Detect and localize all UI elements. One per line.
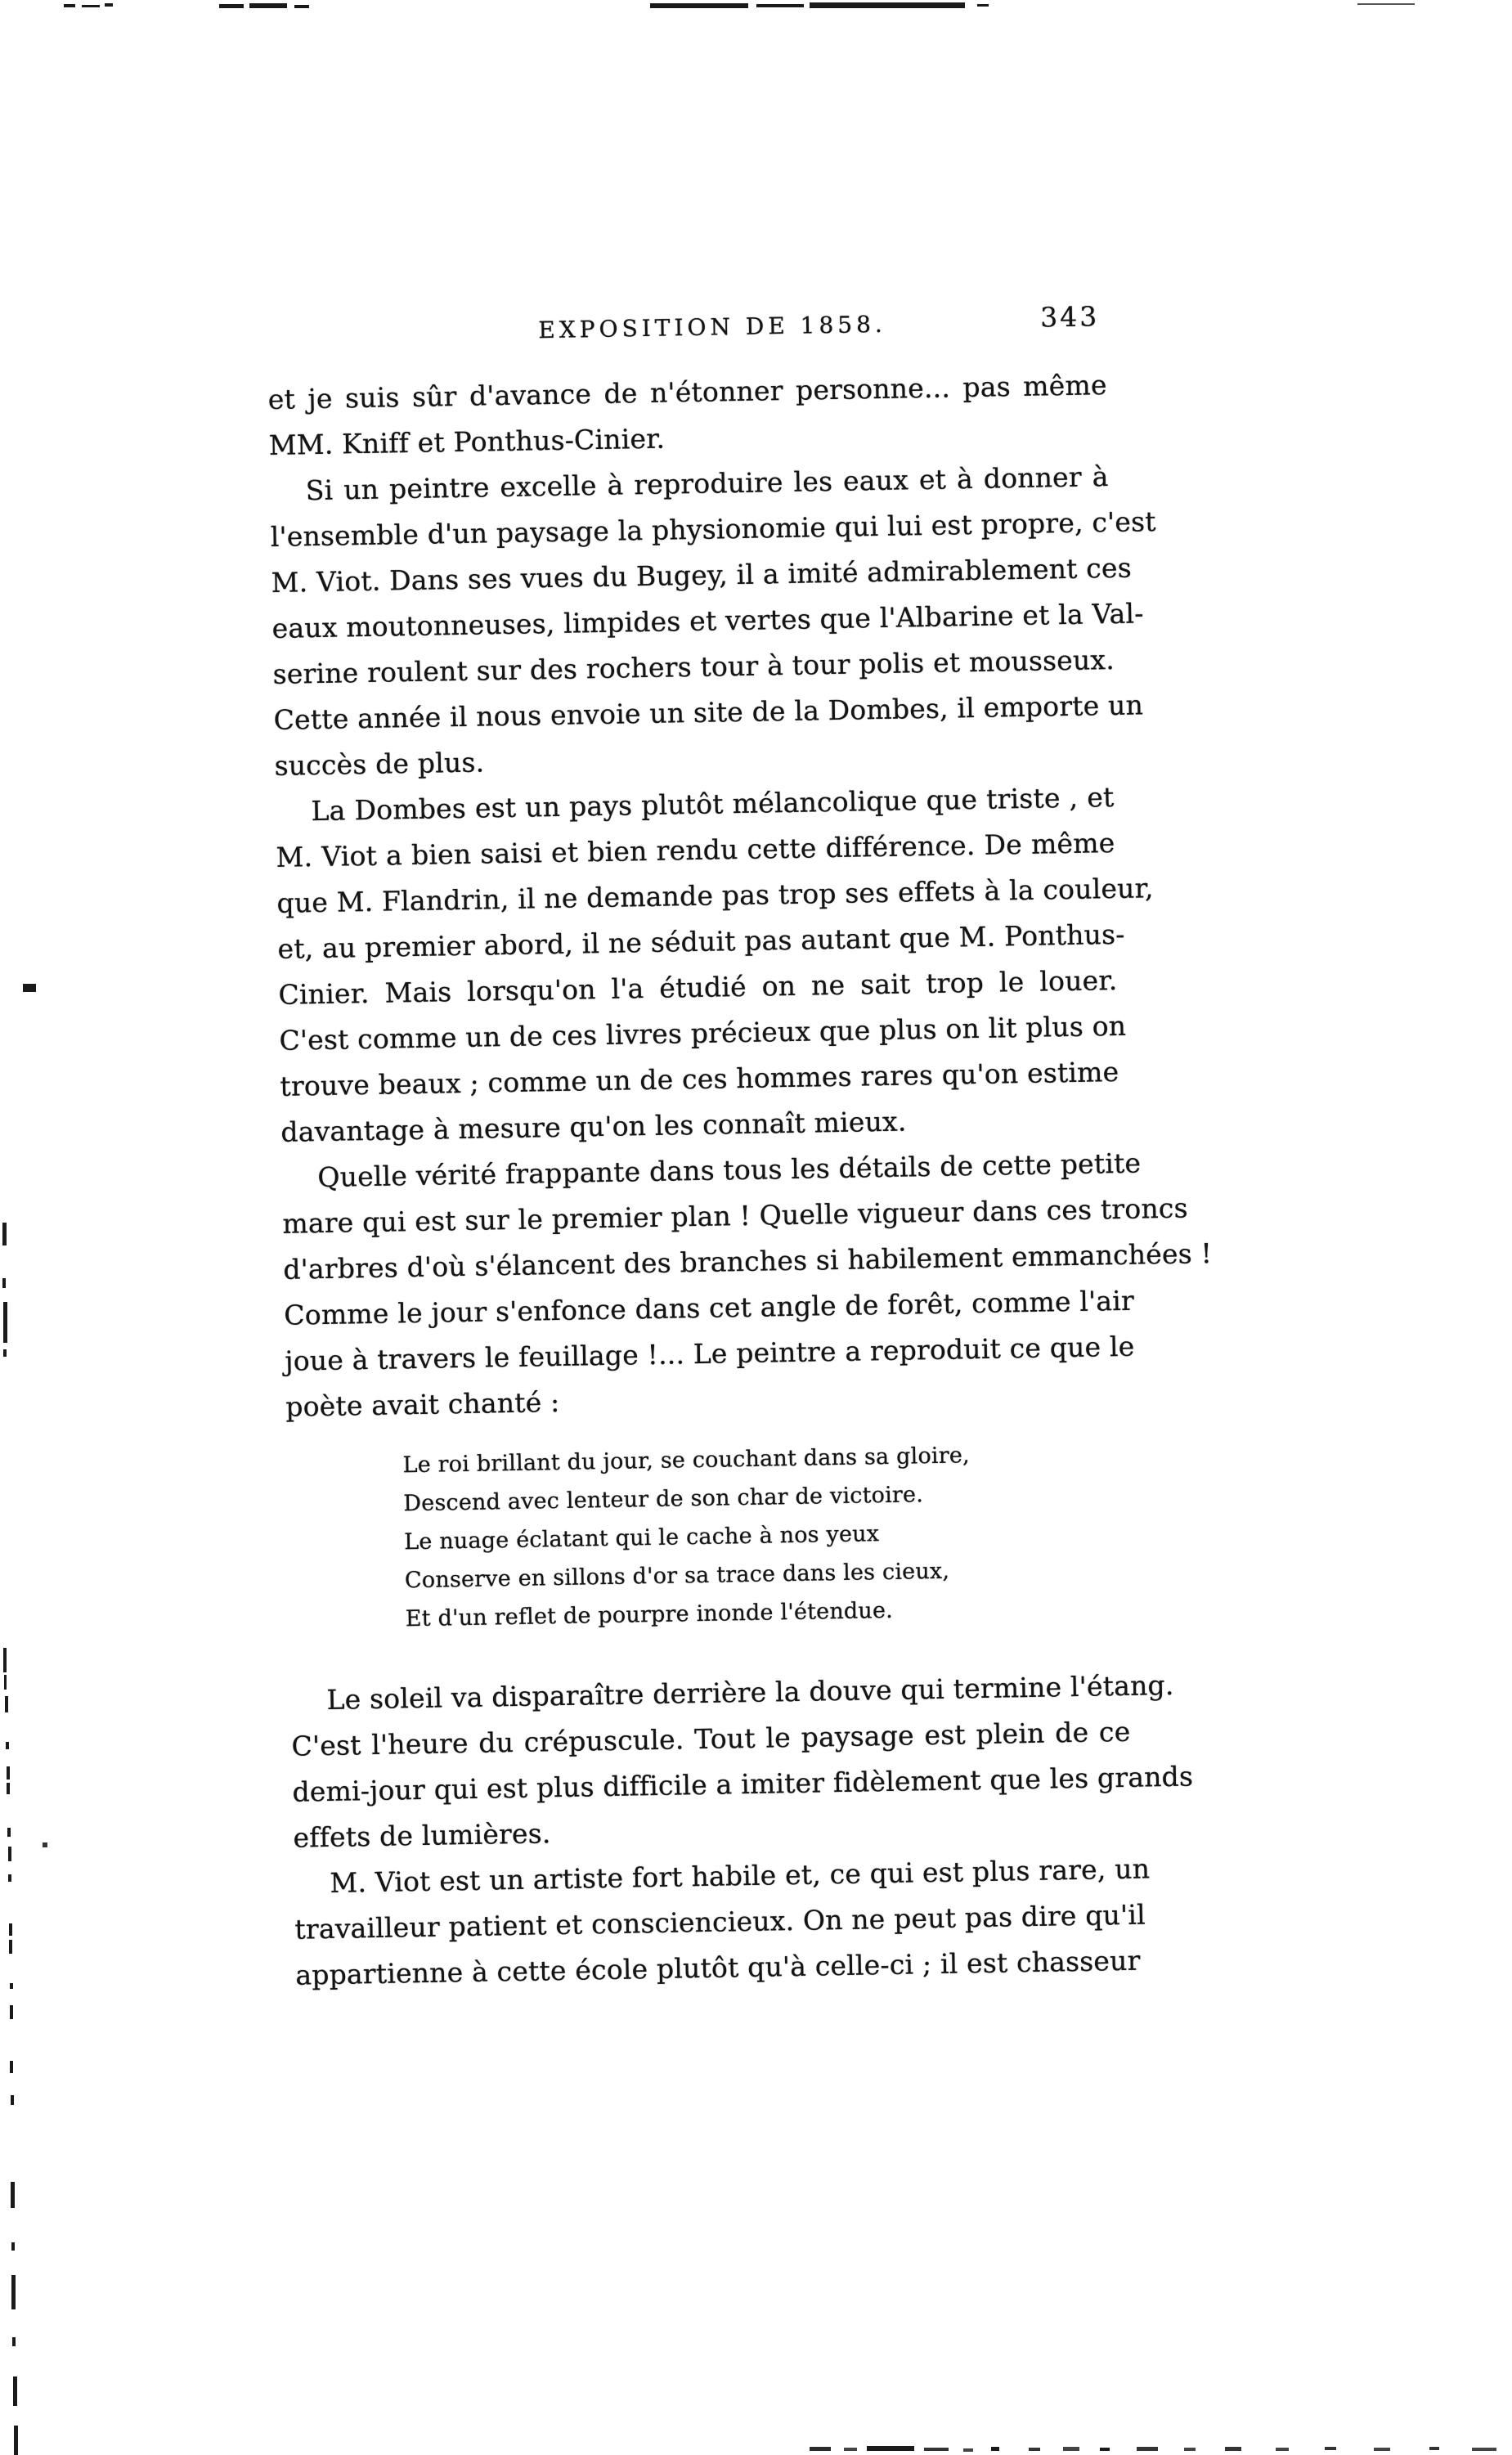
scan-artifact-mark: [11, 2275, 16, 2309]
scan-artifact-mark: [1276, 2448, 1289, 2451]
scan-artifact-mark: [1100, 2448, 1110, 2451]
paragraph: La Dombes est un pays plutôt mélancoliqu…: [275, 774, 1120, 1156]
scan-artifact-mark: [10, 1983, 13, 1989]
scan-artifact-mark: [844, 2448, 857, 2451]
running-title: EXPOSITION DE 1858.: [538, 311, 886, 343]
scan-artifact-mark: [1357, 3, 1415, 5]
book-page-scan: EXPOSITION DE 1858. 343 et je suis sûr d…: [0, 0, 1512, 2455]
scan-artifact-mark: [1063, 2447, 1079, 2451]
paragraph: Le soleil va disparaître derrière la dou…: [290, 1663, 1133, 1861]
scan-artifact-mark: [23, 984, 36, 992]
scan-artifact-mark: [3, 1648, 7, 1672]
scan-artifact-mark: [64, 4, 75, 7]
scan-artifact-mark: [9, 1923, 12, 1936]
scan-artifact-mark: [2, 1278, 6, 1288]
page-number: 343: [1040, 300, 1100, 333]
paragraph: Quelle vérité frappante dans tous les dé…: [281, 1141, 1125, 1430]
scan-artifact-mark: [1429, 2447, 1439, 2450]
scan-artifact-mark: [1472, 2448, 1496, 2451]
scan-artifact-mark: [10, 2005, 13, 2019]
scan-artifact-mark: [810, 2, 965, 8]
scan-artifact-mark: [1374, 2448, 1390, 2451]
paragraph: M. Viot est un artiste fort habile et, c…: [294, 1847, 1135, 1999]
scan-artifact-mark: [7, 1828, 11, 1837]
scan-artifact-mark: [4, 1675, 7, 1690]
scan-artifact-mark: [14, 2426, 18, 2455]
scan-artifact-mark: [650, 3, 748, 8]
scan-artifact-mark: [1137, 2447, 1158, 2451]
scan-artifact-mark: [249, 3, 287, 8]
page-header: EXPOSITION DE 1858. 343: [267, 300, 1106, 349]
scan-artifact-mark: [2, 1223, 7, 1245]
scan-artifact-mark: [294, 5, 309, 8]
scan-artifact-mark: [219, 4, 244, 8]
scan-artifact-mark: [7, 1766, 10, 1780]
scan-artifact-mark: [963, 2448, 973, 2452]
scan-artifact-mark: [1325, 2447, 1336, 2450]
scan-artifact-mark: [756, 4, 804, 7]
scan-artifact-mark: [10, 2061, 13, 2073]
scan-artifact-mark: [1184, 2448, 1196, 2451]
scan-artifact-mark: [867, 2446, 914, 2451]
scan-artifact-mark: [977, 4, 989, 7]
scan-artifact-mark: [82, 5, 100, 7]
scan-artifact-mark: [6, 1742, 9, 1749]
scan-artifact-mark: [3, 1302, 7, 1343]
scan-artifact-mark: [810, 2447, 831, 2451]
scan-artifact-mark: [8, 1847, 11, 1861]
scan-artifact-mark: [1225, 2447, 1241, 2451]
scan-artifact-mark: [9, 1940, 12, 1954]
scan-artifact-mark: [991, 2447, 999, 2451]
scan-artifact-mark: [12, 2337, 16, 2346]
paragraph: et je suis sûr d'avance de n'étonner per…: [267, 362, 1108, 469]
text-column: EXPOSITION DE 1858. 343 et je suis sûr d…: [267, 300, 1135, 1999]
scan-artifact-mark: [7, 1783, 10, 1794]
verse-paragraph: Le roi brillant du jour, se couchant dan…: [402, 1434, 1128, 1638]
scan-artifact-mark: [43, 1842, 47, 1847]
scan-artifact-mark: [11, 2242, 15, 2251]
scan-artifact-mark: [11, 2182, 15, 2208]
scan-artifact-mark: [5, 1696, 8, 1712]
scan-artifact-mark: [924, 2448, 949, 2451]
scan-artifact-mark: [105, 3, 113, 7]
paragraph: Si un peintre excelle à reproduire les e…: [269, 454, 1114, 789]
scan-artifact-mark: [1029, 2448, 1040, 2451]
scan-artifact-mark: [3, 1349, 7, 1357]
scan-artifact-mark: [8, 1874, 11, 1882]
scan-artifact-mark: [13, 2376, 17, 2406]
scan-artifact-mark: [11, 2095, 14, 2105]
